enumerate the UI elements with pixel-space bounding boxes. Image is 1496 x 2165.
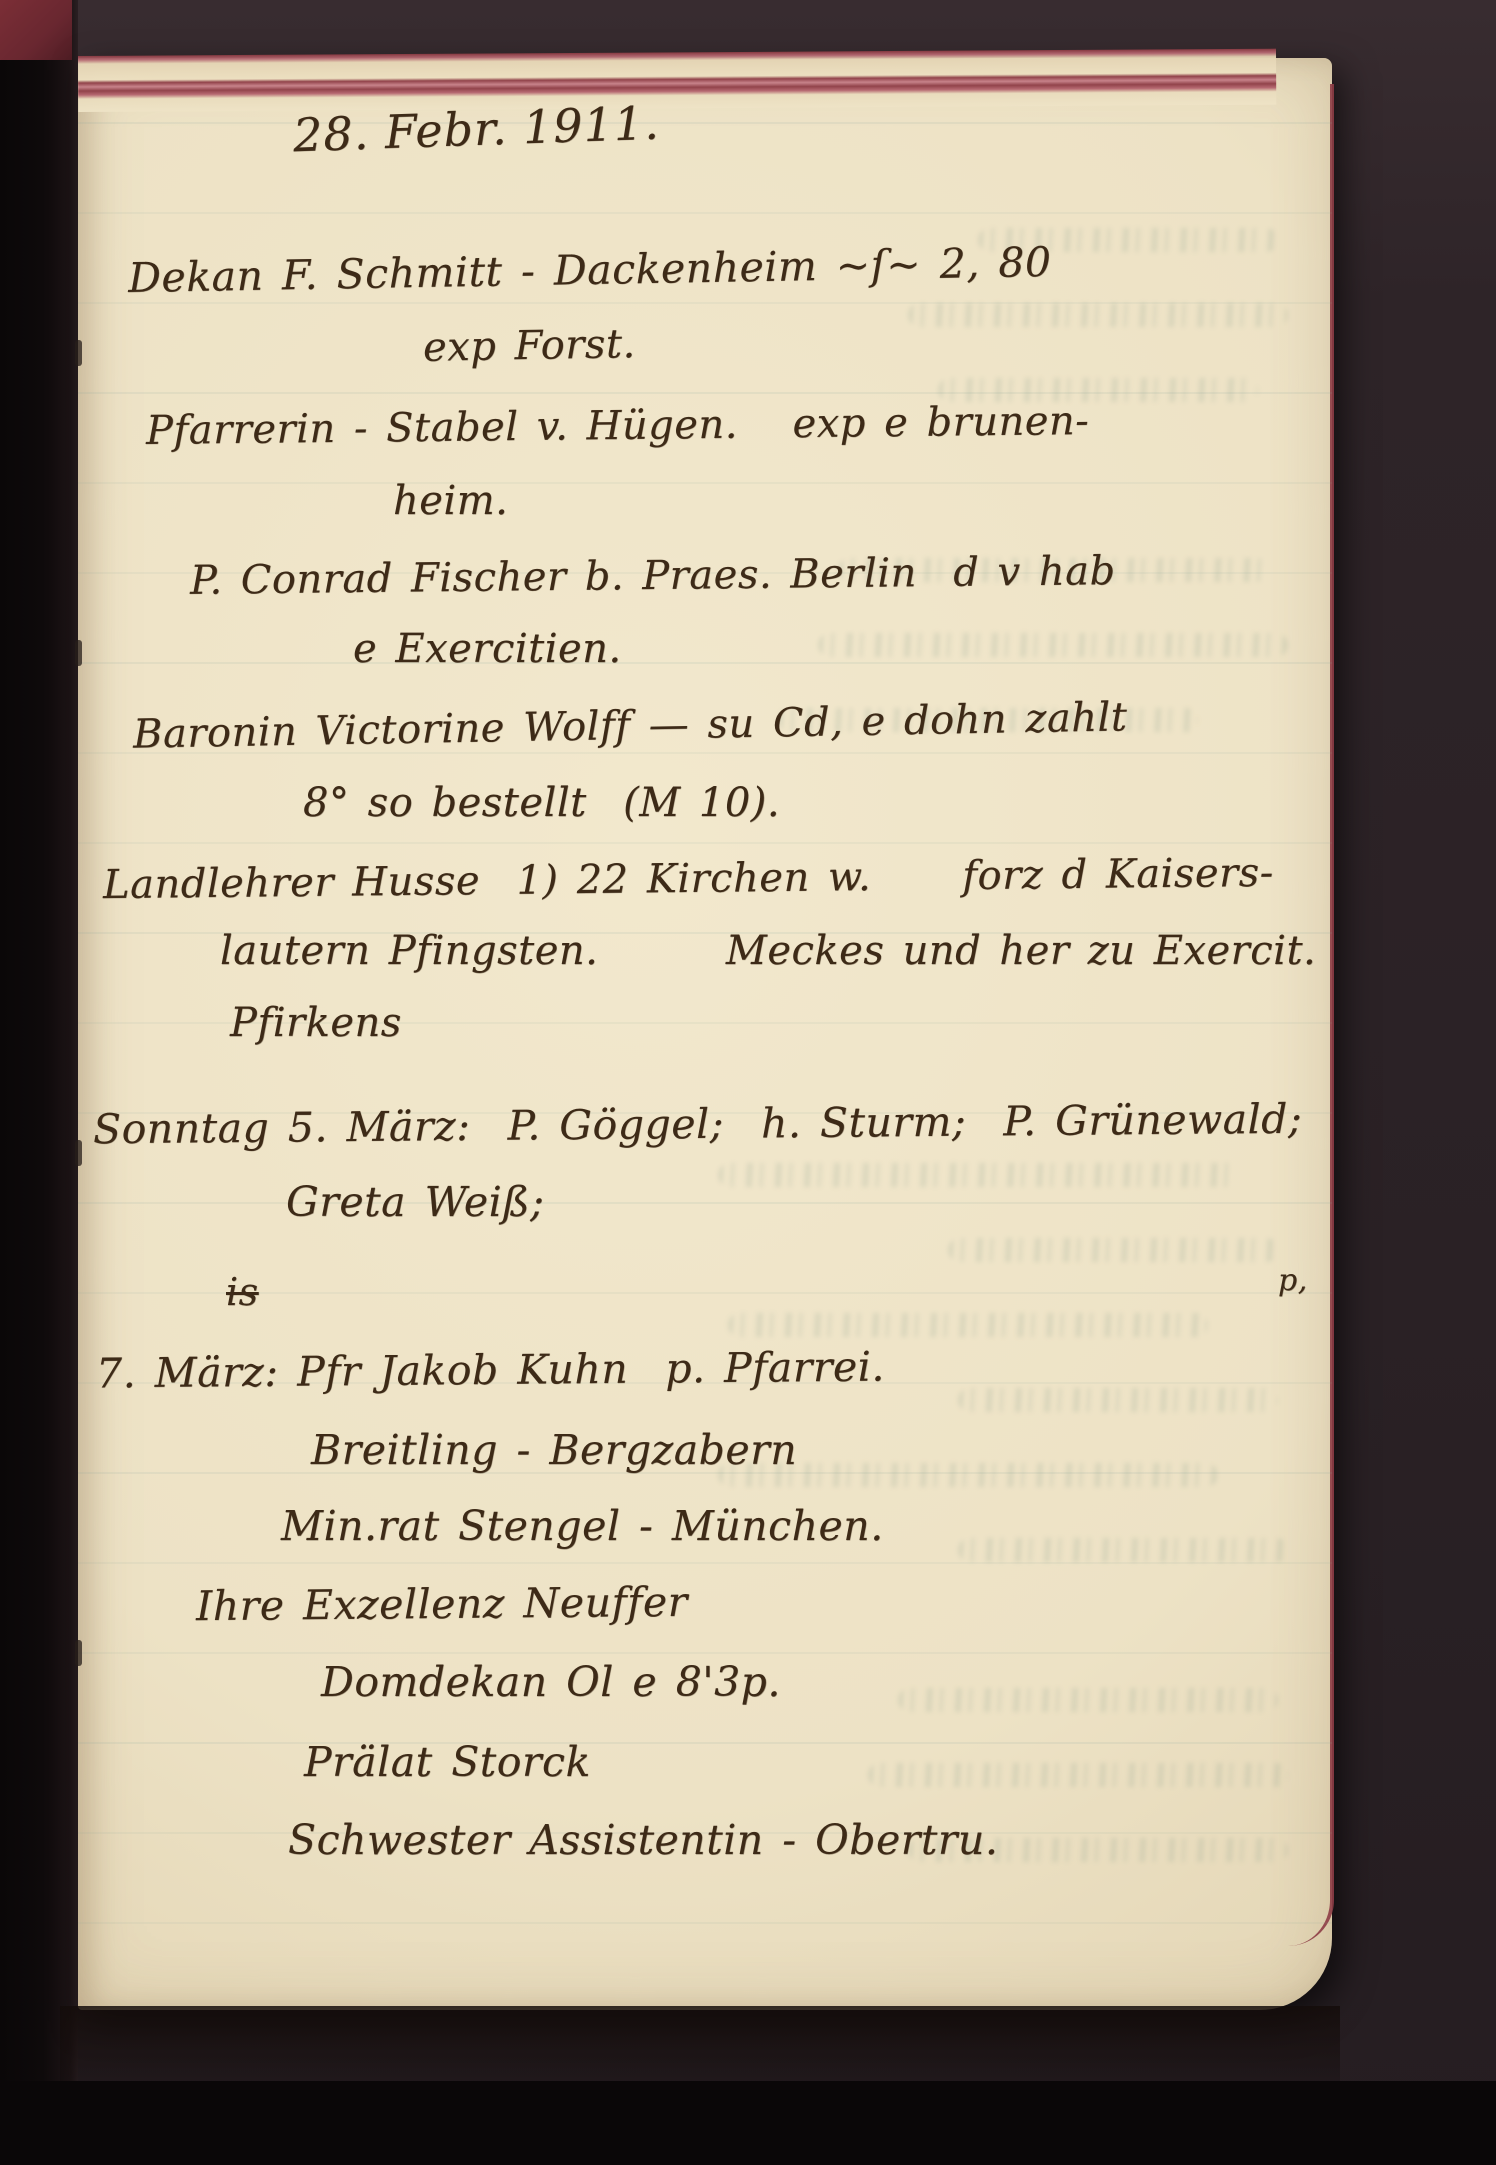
date-heading: 28. Febr. 1911. — [292, 96, 660, 163]
red-cover-corner — [0, 0, 72, 60]
handwritten-line: Min.rat Stengel - München. — [281, 1502, 884, 1550]
handwritten-line: Prälat Storck — [304, 1738, 591, 1786]
black-bottom-band — [0, 2081, 1496, 2165]
handwritten-line: Pfarrerin - Stabel v. Hügen. exp e brune… — [146, 398, 1090, 454]
notebook-page: 28. Febr. 1911. Dekan F. Schmitt - Dacke… — [78, 58, 1332, 2010]
handwritten-line: Schwester Assistentin - Obertru. — [288, 1816, 998, 1864]
handwritten-line: P. Conrad Fischer b. Praes. Berlin d v h… — [190, 548, 1116, 604]
handwritten-line: Pfirkens — [230, 1000, 402, 1046]
handwritten-line: Landlehrer Husse 1) 22 Kirchen w. forz d… — [103, 850, 1274, 908]
handwritten-line: exp Forst. — [423, 321, 636, 371]
book-binding-strip — [0, 0, 78, 2165]
handwritten-line: Domdekan Ol e 8'3p. — [321, 1658, 781, 1706]
handwritten-line: e Exercitien. — [353, 626, 622, 672]
handwritten-line: lautern Pfingsten. Meckes und her zu Exe… — [220, 928, 1316, 974]
handwritten-line: 7. März: Pfr Jakob Kuhn p. Pfarrei. — [96, 1343, 885, 1398]
handwritten-line: Breitling - Bergzabern — [311, 1426, 797, 1474]
handwritten-line: Greta Weiß; — [286, 1178, 544, 1226]
handwritten-line: 8° so bestellt (M 10). — [303, 780, 780, 826]
handwritten-line: heim. — [393, 478, 508, 524]
handwritten-line: Sonntag 5. März: P. Göggel; h. Sturm; P.… — [93, 1095, 1303, 1154]
handwriting-layer: 28. Febr. 1911. Dekan F. Schmitt - Dacke… — [78, 58, 1332, 2010]
handwritten-line: Baronin Victorine Wolff — su Cd, e dohn … — [133, 694, 1128, 757]
page-bottom-shadow — [60, 2006, 1340, 2086]
handwritten-line: Ihre Exzellenz Neuffer — [196, 1578, 688, 1630]
notebook-scan: 28. Febr. 1911. Dekan F. Schmitt - Dacke… — [0, 0, 1496, 2165]
handwritten-line: Dekan F. Schmitt - Dackenheim ~ſ~ 2, 80 — [128, 238, 1052, 302]
handwritten-line: is — [226, 1270, 259, 1314]
margin-note: p, — [1278, 1263, 1308, 1298]
